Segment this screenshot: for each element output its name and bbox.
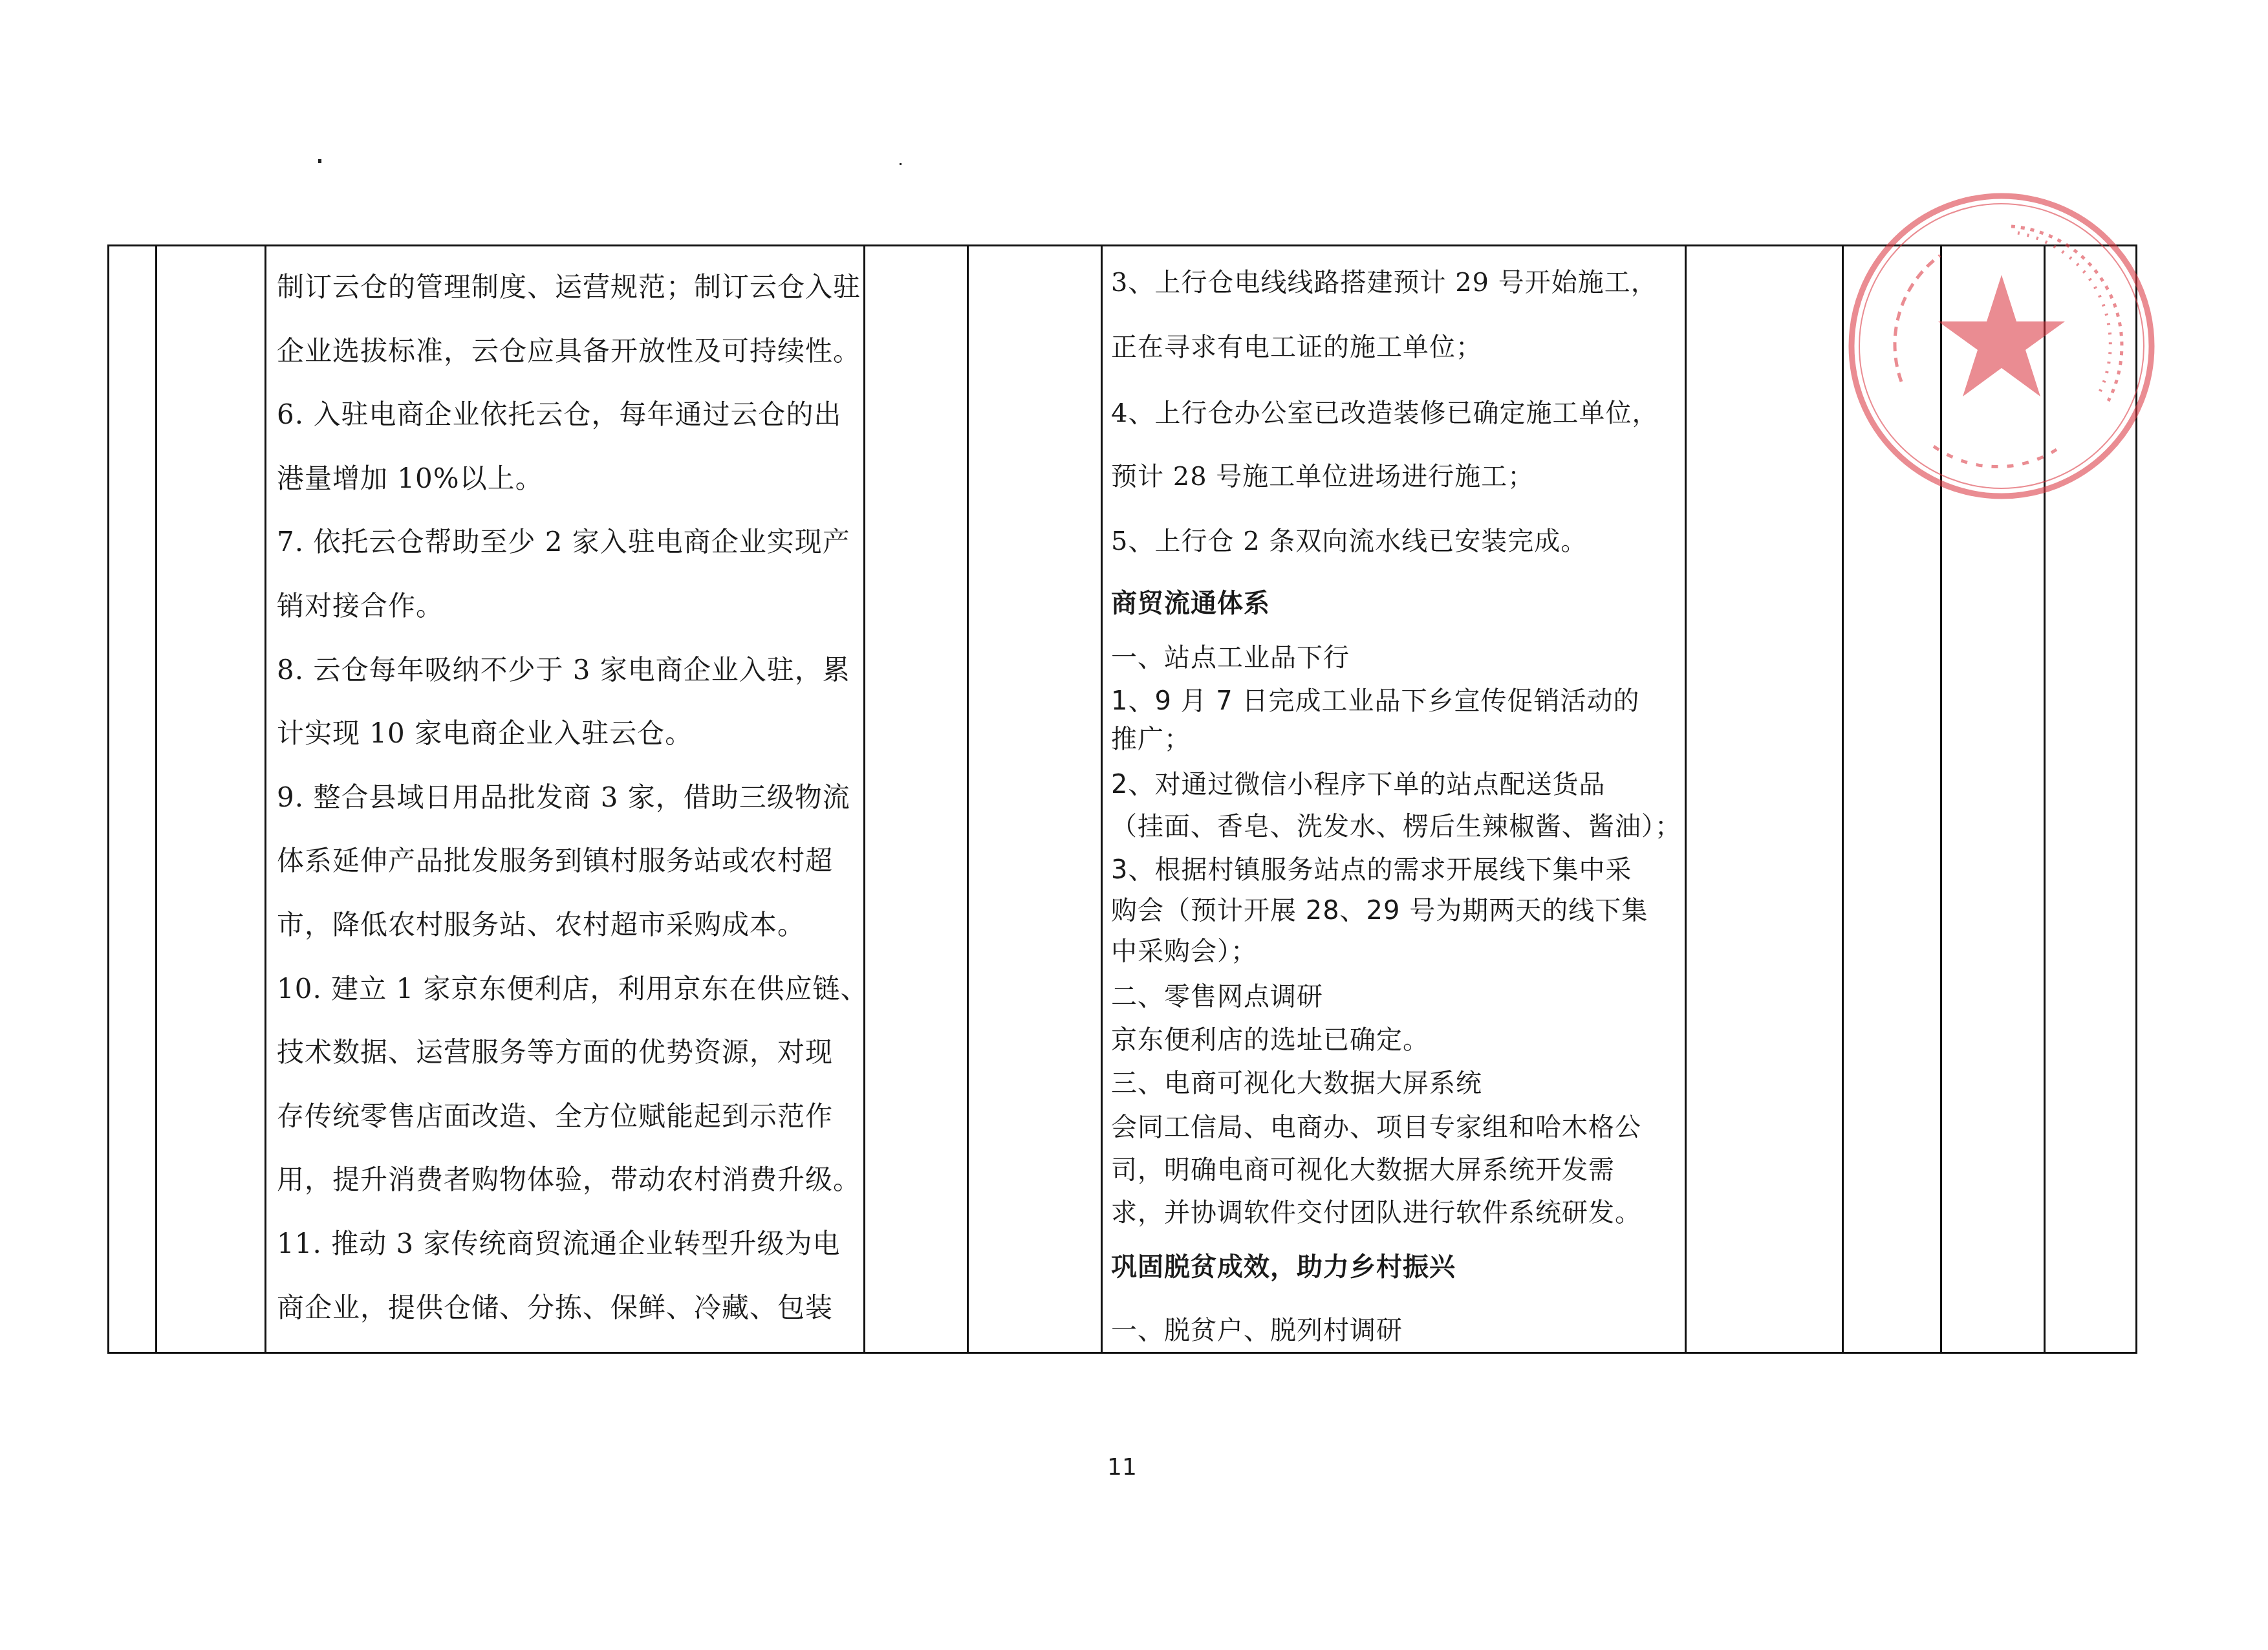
table-column-divider (155, 244, 157, 1354)
section-heading: 巩固脱贫成效，助力乡村振兴 (1111, 1246, 1456, 1283)
scanned-document-page: 制订云仓的管理制度、运营规范；制订云仓入驻 企业选拔标准，云仓应具备开放性及可持… (0, 0, 2268, 1650)
table-column-divider (863, 244, 865, 1354)
text-line: 技术数据、运营服务等方面的优势资源，对现 (277, 1021, 859, 1085)
section-heading: 商贸流通体系 (1111, 583, 1270, 620)
scan-speck (318, 159, 321, 163)
text-line: 企业选拔标准，云仓应具备开放性及可持续性。 (277, 320, 859, 384)
text-line: 制订云仓的管理制度、运营规范；制订云仓入驻 (277, 255, 859, 320)
text-line: 一、脱贫户、脱列村调研 (1111, 1310, 1403, 1347)
text-line: 3、根据村镇服务站点的需求开展线下集中采 (1111, 849, 1632, 886)
star-icon (1938, 275, 2065, 396)
text-line: 二、零售网点调研 (1111, 976, 1323, 1013)
text-line: 推广； (1111, 719, 1191, 755)
table-column-divider (967, 244, 969, 1354)
text-line: 体系延伸产品批发服务到镇村服务站或农村超 (277, 829, 859, 893)
text-line: 中采购会）； (1111, 931, 1257, 968)
text-line: 用，提升消费者购物体验，带动农村消费升级。 (277, 1148, 859, 1212)
text-line: 3、上行仓电线线路搭建预计 29 号开始施工， (1111, 262, 1658, 299)
table-cell-targets: 制订云仓的管理制度、运营规范；制订云仓入驻 企业选拔标准，云仓应具备开放性及可持… (277, 255, 859, 1340)
text-line: 9. 整合县域日用品批发商 3 家，借助三级物流 (277, 766, 859, 830)
text-line: 销对接合作。 (277, 574, 859, 638)
scan-speck (900, 163, 902, 165)
text-line: 京东便利店的选址已确定。 (1111, 1019, 1429, 1056)
text-line: 港量增加 10%以上。 (277, 447, 859, 511)
text-line: 购会（预计开展 28、29 号为期两天的线下集 (1111, 890, 1648, 927)
text-line: 司，明确电商可视化大数据大屏系统开发需 (1111, 1149, 1615, 1186)
text-line: 会同工信局、电商办、项目专家组和哈木格公 (1111, 1107, 1641, 1144)
page-number: 11 (1107, 1454, 1137, 1481)
table-column-divider (1685, 244, 1687, 1354)
text-line: 8. 云仓每年吸纳不少于 3 家电商企业入驻，累 (277, 638, 859, 702)
text-line: 市，降低农村服务站、农村超市采购成本。 (277, 893, 859, 957)
text-line: （挂面、香皂、洗发水、楞后生辣椒酱、酱油）； (1111, 806, 1681, 843)
official-seal-stamp (1843, 188, 2160, 505)
text-line: 商企业，提供仓储、分拣、保鲜、冷藏、包装 (277, 1276, 859, 1340)
text-line: 11. 推动 3 家传统商贸流通企业转型升级为电 (277, 1212, 859, 1276)
text-line: 存传统零售店面改造、全方位赋能起到示范作 (277, 1085, 859, 1149)
table-column-divider (1101, 244, 1103, 1354)
text-line: 三、电商可视化大数据大屏系统 (1111, 1063, 1482, 1100)
text-line: 预计 28 号施工单位进场进行施工； (1111, 456, 1534, 493)
text-line: 一、站点工业品下行 (1111, 637, 1350, 674)
text-line: 5、上行仓 2 条双向流水线已安装完成。 (1111, 521, 1587, 558)
text-line: 1、9 月 7 日完成工业品下乡宣传促销活动的 (1111, 680, 1640, 717)
text-line: 计实现 10 家电商企业入驻云仓。 (277, 702, 859, 766)
text-line: 4、上行仓办公室已改造装修已确定施工单位， (1111, 393, 1658, 429)
text-line: 求，并协调软件交付团队进行软件系统研发。 (1111, 1192, 1641, 1229)
text-line: 6. 入驻电商企业依托云仓，每年通过云仓的出 (277, 383, 859, 447)
text-line: 2、对通过微信小程序下单的站点配送货品 (1111, 764, 1605, 801)
text-line: 7. 依托云仓帮助至少 2 家入驻电商企业实现产 (277, 510, 859, 574)
text-line: 10. 建立 1 家京东便利店，利用京东在供应链、 (277, 957, 859, 1021)
text-line: 正在寻求有电工证的施工单位； (1111, 327, 1482, 364)
table-column-divider (265, 244, 266, 1354)
